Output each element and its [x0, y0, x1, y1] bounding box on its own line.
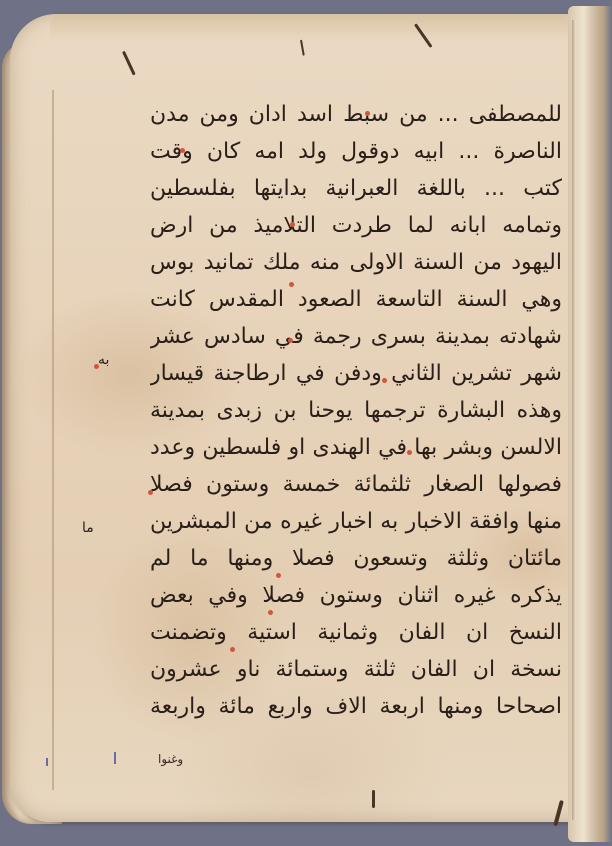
rubric-dot [180, 148, 185, 153]
text-line: شهادته بمدينة بسرى رجمة في سادس عشر [150, 318, 562, 355]
pencil-mark [46, 758, 48, 766]
text-line: وهي السنة التاسعة الصعود المقدس كانت [150, 281, 562, 318]
rubric-dot [276, 573, 281, 578]
margin-fold [52, 90, 54, 790]
rubric-dot [289, 282, 294, 287]
text-line: مائتان وثلثة وتسعون فصلا ومنها ما لم [150, 540, 562, 577]
text-line: النسخ ان الفان وثمانية استية وتضمنت [150, 614, 562, 651]
text-line: وهذه البشارة ترجمها يوحنا بن زبدى بمدينة [150, 392, 562, 429]
text-line: اصحاحا ومنها اربعة الاف واربع مائة واربع… [150, 688, 562, 725]
pencil-mark [114, 752, 116, 764]
spine-fold [572, 20, 576, 820]
text-line: الناصرة ... ابيه دوقول ولد امه كان وقت [150, 133, 562, 170]
rubric-dot [230, 647, 235, 652]
text-line: وتمامه ابانه لما طردت التلاميذ من ارض [150, 207, 562, 244]
catchword: وغنوا [158, 752, 183, 766]
rubric-dot [365, 111, 370, 116]
rubric-dot [407, 450, 412, 455]
text-line: كتب ... باللغة العبرانية بدايتها بفلسطين [150, 170, 562, 207]
text-line: منها وافقة الاخبار به اخبار غيره من المب… [150, 503, 562, 540]
text-line: للمصطفى ... من سبط اسد ادان ومن مدن [150, 96, 562, 133]
rubric-dot [382, 378, 387, 383]
rubric-dot [288, 338, 293, 343]
tear-mark [372, 790, 375, 808]
text-line: الالسن وبشر بها في الهندى او فلسطين وعدد [150, 429, 562, 466]
text-line: نسخة ان الفان ثلثة وستمائة ناو عشرون [150, 651, 562, 688]
page-top-edge [50, 14, 570, 42]
margin-note: ما [82, 520, 94, 536]
main-text-block: للمصطفى ... من سبط اسد ادان ومن مدن النا… [150, 96, 562, 725]
rubric-dot [290, 222, 295, 227]
text-line: يذكره غيره اثنان وستون فصلا وفي بعض [150, 577, 562, 614]
manuscript-photo: للمصطفى ... من سبط اسد ادان ومن مدن النا… [0, 0, 612, 846]
text-line: اليهود من السنة الاولى منه ملك تمانيد بو… [150, 244, 562, 281]
rubric-dot [94, 364, 99, 369]
rubric-dot [268, 610, 273, 615]
rubric-dot [148, 490, 153, 495]
text-line: شهر تشرين الثاني ودفن في ارطاجنة قيسار [150, 355, 562, 392]
margin-note: به [98, 352, 109, 368]
text-line: فصولها الصغار ثلثمائة خمسة وستون فصلا [150, 466, 562, 503]
